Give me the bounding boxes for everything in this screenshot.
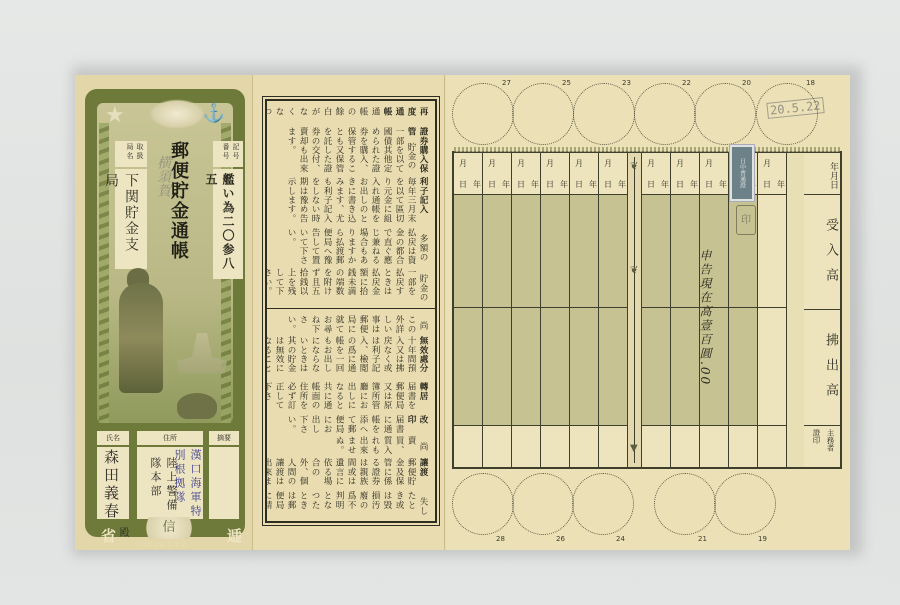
circle-number: 26 [556, 535, 565, 543]
office-label: 取扱局名 [115, 141, 147, 167]
address-header: 住所 [137, 431, 203, 445]
month-label: 月 [705, 158, 713, 169]
circle-number: 18 [806, 79, 815, 87]
stamp-circle [452, 473, 514, 535]
date-header: 月日年 [454, 153, 482, 195]
rule-heading: 利子記入 [418, 177, 428, 214]
day-label: 日 [705, 179, 713, 190]
rule-heading: 改印 [406, 415, 428, 424]
circle-number: 27 [502, 79, 511, 87]
honorific: 殿 [115, 527, 130, 540]
seal-cell [454, 425, 482, 467]
rule-heading: 無效處分 [418, 336, 428, 373]
rule-heading: 轉居 [418, 382, 428, 400]
cover-frame: ★ ⚓ 取扱局名 下関貯金支局 郵便貯金通帳 横須賀 記号番号 艦い為二〇参八五… [85, 89, 245, 537]
seal-cell [483, 425, 511, 467]
entry-column: 月日年 [483, 153, 512, 467]
entry-column: 月日年 [454, 153, 483, 467]
seal-cell [671, 425, 699, 467]
revenue-stamp-icon: 日中普通證 [730, 145, 754, 201]
entry-column: 月日年 [541, 153, 570, 467]
month-label: 月 [546, 158, 554, 169]
rule-item: 讓渡郵便貯金及保管に係る證券は親族間或は遺言に依る場合の外、個人間の讓渡は出來ま… [273, 458, 429, 488]
rules-top-section: 貯金の一部を払戻すときは払戻金額に拾銭未満の端数を附けず且五拾銭以上を残して下さ… [273, 107, 429, 303]
year-label: 年 [502, 179, 510, 190]
month-label: 月 [604, 158, 612, 169]
stamp-circle [572, 473, 634, 535]
rule-item: 失したとき或は毀損汚廢の爲不判明となつたときは郵便局に請求して下さい。 [273, 491, 429, 515]
address-header-text: 住所 [163, 433, 177, 443]
withdrawal-row-header: 拂出高 [804, 310, 840, 425]
account-number: 艦い為二〇参八五 [213, 169, 243, 279]
stamp-circle [452, 83, 514, 145]
address-field: 漢口海軍特別根拠隊 陸上警備隊本部 [137, 447, 203, 519]
rule-text: 十年間預入又は拂戻なく或は利子記入、檢閲の爲に通帳を一回もお出しにならないときは… [265, 336, 416, 373]
deposit-row-header: 受入高 [804, 195, 840, 310]
year-label: 年 [618, 179, 626, 190]
printer-credit: 内閣印刷局製造 [139, 540, 188, 549]
rule-heading: 讓渡 [418, 458, 428, 476]
rule-heading: 再度通帳 [382, 107, 428, 116]
date-header: 月日年 [642, 153, 670, 195]
rule-item: 尚賣買、質入れも出來ませぬ。 [273, 436, 429, 454]
date-header: 月日年 [758, 153, 786, 195]
day-label: 日 [604, 179, 612, 190]
amount-cells [642, 195, 670, 425]
circle-number: 20 [742, 79, 751, 87]
year-label: 年 [473, 179, 481, 190]
month-label: 月 [763, 158, 771, 169]
number-label: 記号番号 [213, 141, 243, 167]
rule-text: 通帳の餘白がなくなつたとき又は亡 [265, 107, 380, 116]
seal-cell [700, 425, 728, 467]
year-label: 年 [661, 179, 669, 190]
cover-illustration: ★ ⚓ 取扱局名 下関貯金支局 郵便貯金通帳 横須賀 記号番号 艦い為二〇参八五 [97, 103, 233, 423]
amount-cells [570, 195, 598, 425]
amount-cells [541, 195, 569, 425]
ornament-icon: ❦ [630, 161, 638, 172]
postmark: 20.5.22 [766, 97, 824, 119]
rule-item: 再度通帳通帳の餘白がなくなつたとき又は亡 [273, 107, 429, 124]
year-label: 年 [690, 179, 698, 190]
name-header-text: 氏名 [106, 433, 120, 443]
rule-item: 多額の払戻は資金の都合で直ぐ應じ兼ねる場合もありますから払渡郵便局へ豫告して置い… [273, 228, 429, 265]
month-label: 月 [488, 158, 496, 169]
circle-number: 19 [758, 535, 767, 543]
ministry-char-right: 逓 [227, 525, 242, 546]
date-header: 月日年 [512, 153, 540, 195]
day-label: 日 [575, 179, 583, 190]
day-label: 日 [676, 179, 684, 190]
day-label: 日 [546, 179, 554, 190]
month-label: 月 [517, 158, 525, 169]
address-line-2: 陸上警備隊本部 [147, 457, 179, 519]
rules-box: 貯金の一部を払戻すときは払戻金額に拾銭未満の端数を附けず且五拾銭以上を残して下さ… [265, 99, 437, 523]
seal-cell [758, 425, 786, 467]
stamp-circle [654, 473, 716, 535]
stamp-circle [573, 83, 635, 145]
note-header: 摘要 [209, 431, 239, 445]
date-header: 月日年 [700, 153, 728, 195]
rule-item: 改印届書に通帳を添へて郵便局にお出し下さい。 [273, 415, 429, 433]
entry-column: 月日年 [512, 153, 541, 467]
fold-spine: ❦ ❦ ▼ [628, 153, 642, 467]
owner-name: 森田義春 [101, 449, 122, 529]
entry-column: 月日年 [642, 153, 671, 467]
month-label: 月 [676, 158, 684, 169]
gunner-figure-icon [177, 393, 217, 419]
chrysanthemum-icon [149, 99, 205, 129]
savings-passbook: ★ ⚓ 取扱局名 下関貯金支局 郵便貯金通帳 横須賀 記号番号 艦い為二〇参八五… [75, 75, 850, 550]
rule-text: 毎年三月末を以て區切り元金に組入れ通帳をお出しのときに書き込みます、尤も利子記入… [286, 177, 416, 223]
seal-row-header: 主務者 證印 [804, 425, 840, 467]
rule-text: 郵便貯金及保管に係る證券は親族間或は遺言に依る場合の外、個人間の讓渡は出來ませぬ… [265, 458, 416, 486]
rules-bottom-section: 失したとき或は毀損汚廢の爲不判明となつたときは郵便局に請求して下さい。 讓渡郵便… [273, 315, 429, 515]
date-header: 月日年 [570, 153, 598, 195]
rule-text: 尚賣買、質入れも出來ませぬ。 [334, 436, 428, 454]
stamp-circle [512, 473, 574, 535]
entry-column: 月日年 [671, 153, 700, 467]
rule-item: 證券購入保管貯金の一部を以て國債其他定められた證券を購入、保管することも又保管を… [273, 127, 429, 174]
entry-column-filled: 月日年 [758, 153, 787, 467]
entry-column: 月日年 [599, 153, 628, 467]
rule-text: 多額の払戻は資金の都合で直ぐ應じ兼ねる場合もありますから払渡郵便局へ豫告して置い… [286, 228, 428, 265]
seal-cell [599, 425, 627, 467]
seal-label-b: 證印 [811, 429, 822, 444]
amount-cells [454, 195, 482, 425]
seal-cell [729, 425, 757, 467]
laurel-left-icon [99, 123, 109, 423]
month-label: 月 [647, 158, 655, 169]
seal-cell [642, 425, 670, 467]
year-label: 年 [560, 179, 568, 190]
circle-number: 28 [496, 535, 505, 543]
year-label: 年 [719, 179, 727, 190]
circle-number: 22 [682, 79, 691, 87]
circle-number: 24 [616, 535, 625, 543]
rule-item: 尚この外詳しい事は郵便局に就てお尋ね下さい。 [273, 315, 429, 333]
stamp-circle-postmarked: 20.5.22 [756, 83, 818, 145]
rule-item: 貯金の一部を払戻すときは払戻金額に拾銭未満の端数を附けず且五拾銭以上を残して下さ… [273, 268, 429, 303]
seal-cell [570, 425, 598, 467]
amount-cells [483, 195, 511, 425]
date-row-header: 年月日 [804, 153, 840, 195]
stamp-circle [634, 83, 696, 145]
rules-divider [267, 308, 435, 309]
amount-cells [512, 195, 540, 425]
stamp-circle [714, 473, 776, 535]
cover-panel: ★ ⚓ 取扱局名 下関貯金支局 郵便貯金通帳 横須賀 記号番号 艦い為二〇参八五… [75, 75, 253, 550]
month-label: 月 [459, 158, 467, 169]
circle-number: 25 [562, 79, 571, 87]
date-header: 月日年 [541, 153, 569, 195]
row-header-column: 年月日 受入高 拂出高 主務者 證印 [804, 153, 840, 467]
handwritten-balance-entry: 申告現在高壹百圓.00 [697, 249, 714, 386]
amount-cells [758, 195, 786, 425]
rule-item: 利子記入毎年三月末を以て區切り元金に組入れ通帳をお出しのときに書き込みます、尤も… [273, 177, 429, 226]
year-label: 年 [777, 179, 785, 190]
note-field [209, 447, 239, 519]
amount-cells [599, 195, 627, 425]
name-header: 氏名 [97, 431, 129, 445]
stamp-circles-top: 27 25 23 22 20 20.5.22 18 [446, 79, 850, 149]
circle-number: 21 [698, 535, 707, 543]
stamp-circles-bottom: 28 26 24 21 19 [446, 473, 850, 543]
stamp-circle [512, 83, 574, 145]
entry-column: 月日年 [570, 153, 599, 467]
battleship-icon [177, 333, 227, 373]
date-header: 月日年 [483, 153, 511, 195]
amount-cells [671, 195, 699, 425]
month-label: 月 [575, 158, 583, 169]
ornament-icon: ❦ [630, 265, 638, 276]
note-header-text: 摘要 [217, 433, 231, 443]
rule-text: 届書を郵便局又は原簿所管廳にお出しになると共に通帳面の住所を必ず訂正して下さい。 [265, 382, 416, 410]
ledger-table: 月日年 月日年 月日年 月日年 月日年 [452, 151, 842, 469]
rules-panel: 貯金の一部を払戻すときは払戻金額に拾銭未満の端数を附けず且五拾銭以上を残して下さ… [253, 75, 445, 550]
seal-label-a: 主務者 [825, 429, 836, 452]
soldier-figure-icon [119, 283, 163, 393]
date-header: 月日年 [599, 153, 627, 195]
date-header: 月日年 [671, 153, 699, 195]
ledger-panel: 27 25 23 22 20 20.5.22 18 月日年 月日年 [446, 75, 850, 550]
rule-text: 貯金の一部を以て國債其他定められた證券を購入、保管することも又保管を託した證券の… [286, 127, 416, 173]
circle-number: 23 [622, 79, 631, 87]
rule-item: 轉居届書を郵便局又は原簿所管廳にお出しになると共に通帳面の住所を必ず訂正して下さ… [273, 382, 429, 411]
pencil-note: 横須賀 [153, 155, 173, 197]
day-label: 日 [647, 179, 655, 190]
rule-text: 貯金の一部を払戻すときは払戻金額に拾銭未満の端数を附けず且五拾銭以上を残して下さ… [265, 268, 428, 302]
star-icon: ★ [105, 105, 125, 127]
day-label: 日 [763, 179, 771, 190]
official-seal: 印 [736, 205, 756, 235]
rule-text: 届書に通帳を添へて郵便局にお出し下さい。 [286, 415, 404, 433]
day-label: 日 [488, 179, 496, 190]
anchor-icon: ⚓ [203, 105, 225, 123]
day-label: 日 [517, 179, 525, 190]
year-label: 年 [531, 179, 539, 190]
owner-name-field: 森田義春 殿 [97, 447, 129, 519]
stamp-circle [694, 83, 756, 145]
ministry-char-left: 省 [101, 525, 116, 546]
ornament-icon: ▼ [630, 443, 638, 454]
decorative-band [454, 147, 840, 152]
rule-text: 尚この外詳しい事は郵便局に就てお尋ね下さい。 [286, 315, 428, 333]
rule-text: 失したとき或は毀損汚廢の爲不判明となつたときは郵便局に請求して下さい。 [265, 491, 428, 515]
rule-item: 無效處分十年間預入又は拂戻なく或は利子記入、檢閲の爲に通帳を一回もお出しにならな… [273, 336, 429, 379]
seal-cell [541, 425, 569, 467]
ministry-emblem: 信 [139, 517, 199, 539]
seal-cell [512, 425, 540, 467]
office-name: 下関貯金支局 [115, 169, 147, 269]
day-label: 日 [459, 179, 467, 190]
year-label: 年 [589, 179, 597, 190]
